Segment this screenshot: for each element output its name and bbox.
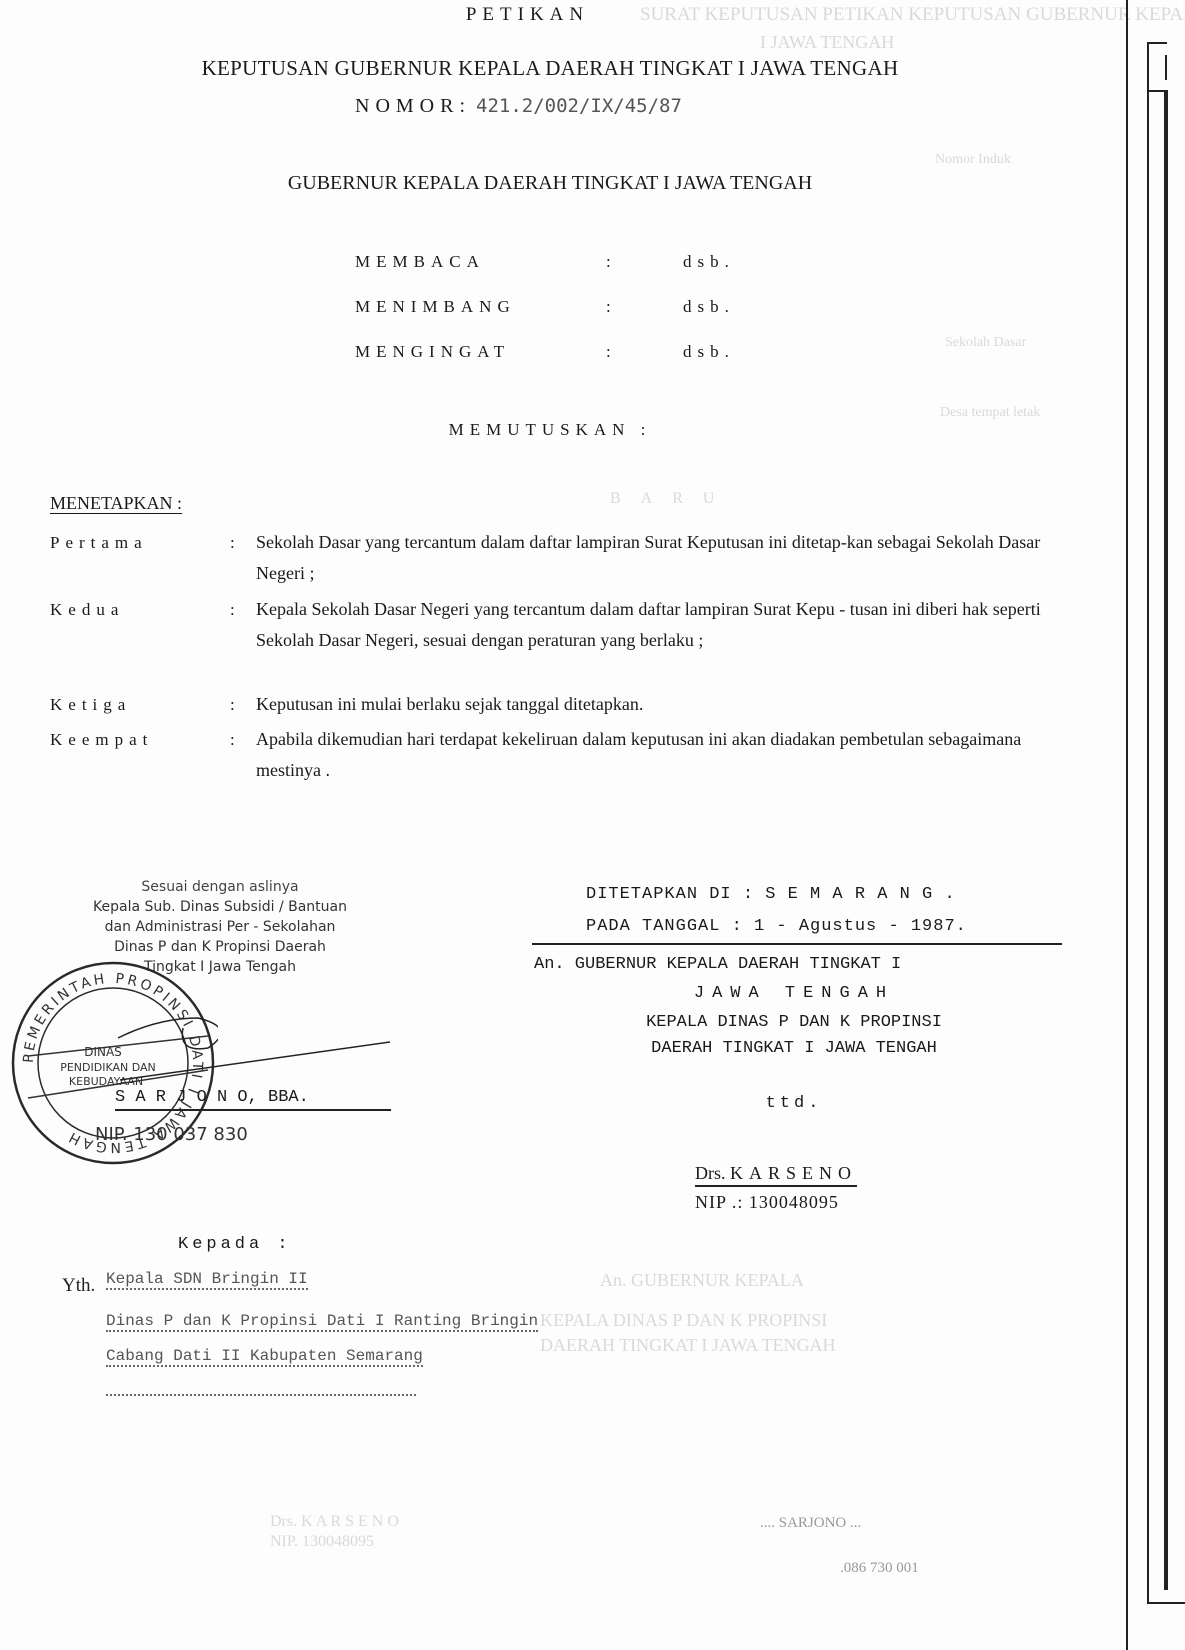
signatory-name-text: KARSENO [730,1163,857,1183]
consideration-label-mengingat: MENGINGAT [355,342,510,362]
bleed-through-text: I JAWA TENGAH [760,32,894,53]
article-colon: : [230,600,235,620]
bleed-through-text: .086 730 001 [840,1560,919,1577]
article-colon: : [230,695,235,715]
bleed-through-text: DAERAH TINGKAT I JAWA TENGAH [540,1335,836,1356]
issuer-heading: GUBERNUR KEPALA DAERAH TINGKAT I JAWA TE… [0,172,1100,195]
signatory-nip: NIP .: 130048095 [695,1192,839,1213]
article-text-pertama: Sekolah Dasar yang tercantum dalam dafta… [256,527,1066,589]
signatory-name: Drs. KARSENO [695,1163,857,1187]
article-label-pertama: Pertama [50,533,148,553]
scan-border-line [1147,42,1167,44]
handwritten-signature-icon [120,1030,400,1090]
stamp-inner-line1: DINAS [84,1045,122,1059]
decision-heading: MEMUTUSKAN : [0,420,1100,440]
signed-note: ttd. [534,1094,1054,1113]
decree-date: PADA TANGGAL : 1 - Agustus - 1987. [586,917,967,936]
consideration-colon: : [606,342,611,362]
consideration-colon: : [606,252,611,272]
article-label-keempat: Keempat [50,730,153,750]
consideration-label-menimbang: MENIMBANG [355,297,516,317]
certification-line: dan Administrasi Per - Sekolahan [45,918,395,937]
document-page: SURAT KEPUTUSAN PETIKAN KEPUTUSAN GUBERN… [0,0,1185,1650]
addressee-salutation: Yth. [62,1275,95,1297]
bleed-through-text: An. GUBERNUR KEPALA [600,1270,804,1291]
signatory-office-line2: DAERAH TINGKAT I JAWA TENGAH [534,1039,1054,1058]
bleed-through-text: NIP. 130048095 [270,1533,374,1551]
bleed-through-text: BARU [610,490,734,508]
certification-line: Dinas P dan K Propinsi Daerah [45,938,395,957]
addressee-blank-line [106,1386,416,1396]
decree-place: DITETAPKAN DI : S E M A R A N G . [586,885,956,904]
bleed-through-text: .... SARJONO ... [760,1515,861,1532]
scan-border-line [1164,90,1168,1590]
addressee-line: Kepala SDN Bringin II [106,1270,308,1290]
addressee-line: Cabang Dati II Kabupaten Semarang [106,1347,423,1367]
signatory-region: JAWA TENGAH [534,984,1054,1003]
on-behalf-of: An. GUBERNUR KEPALA DAERAH TINGKAT I [534,955,901,974]
decree-number-value: 421.2/002/IX/45/87 [476,95,682,117]
certification-line: Sesuai dengan aslinya [45,878,395,897]
scan-border-line [1126,0,1128,1650]
consideration-value: dsb. [683,342,735,362]
article-colon: : [230,730,235,750]
certification-line: Kepala Sub. Dinas Subsidi / Bantuan [45,898,395,917]
scan-border-line [1165,55,1167,80]
addressee-line: Dinas P dan K Propinsi Dati I Ranting Br… [106,1312,538,1332]
document-subtitle: KEPUTUSAN GUBERNUR KEPALA DAERAH TINGKAT… [0,56,1100,81]
bleed-through-text: Nomor Induk [935,152,1011,168]
document-title: PETIKAN [0,4,1120,26]
article-text-ketiga: Keputusan ini mulai berlaku sejak tangga… [256,689,1066,720]
establish-heading: MENETAPKAN : [50,493,182,514]
signatory-name-prefix: Drs. [695,1163,726,1183]
addressee-heading: Kepada : [178,1235,292,1254]
article-text-kedua: Kepala Sekolah Dasar Negeri yang tercant… [256,594,1066,656]
decree-number-label: NOMOR: [355,95,471,117]
article-colon: : [230,533,235,553]
signature-divider [532,943,1062,945]
article-label-kedua: Kedua [50,600,124,620]
bleed-through-text: Sekolah Dasar [945,335,1026,351]
certifier-name: S A R J O N O, BBA. [115,1088,391,1111]
certifier-nip: NIP. 130 037 830 [95,1124,248,1145]
decree-number: NOMOR: 421.2/002/IX/45/87 [355,95,682,118]
signatory-office-line1: KEPALA DINAS P DAN K PROPINSI [534,1013,1054,1032]
bleed-through-text: Drs. K A R S E N O [270,1513,399,1531]
consideration-value: dsb. [683,252,735,272]
scan-border-line [1147,1602,1185,1604]
bleed-through-text: KEPALA DINAS P DAN K PROPINSI [540,1310,827,1331]
bleed-through-text: Desa tempat letak [940,405,1040,421]
consideration-value: dsb. [683,297,735,317]
scan-border-line [1147,42,1149,1602]
article-text-keempat: Apabila dikemudian hari terdapat kekelir… [256,724,1066,786]
article-label-ketiga: Ketiga [50,695,131,715]
consideration-label-membaca: MEMBACA [355,252,485,272]
consideration-colon: : [606,297,611,317]
